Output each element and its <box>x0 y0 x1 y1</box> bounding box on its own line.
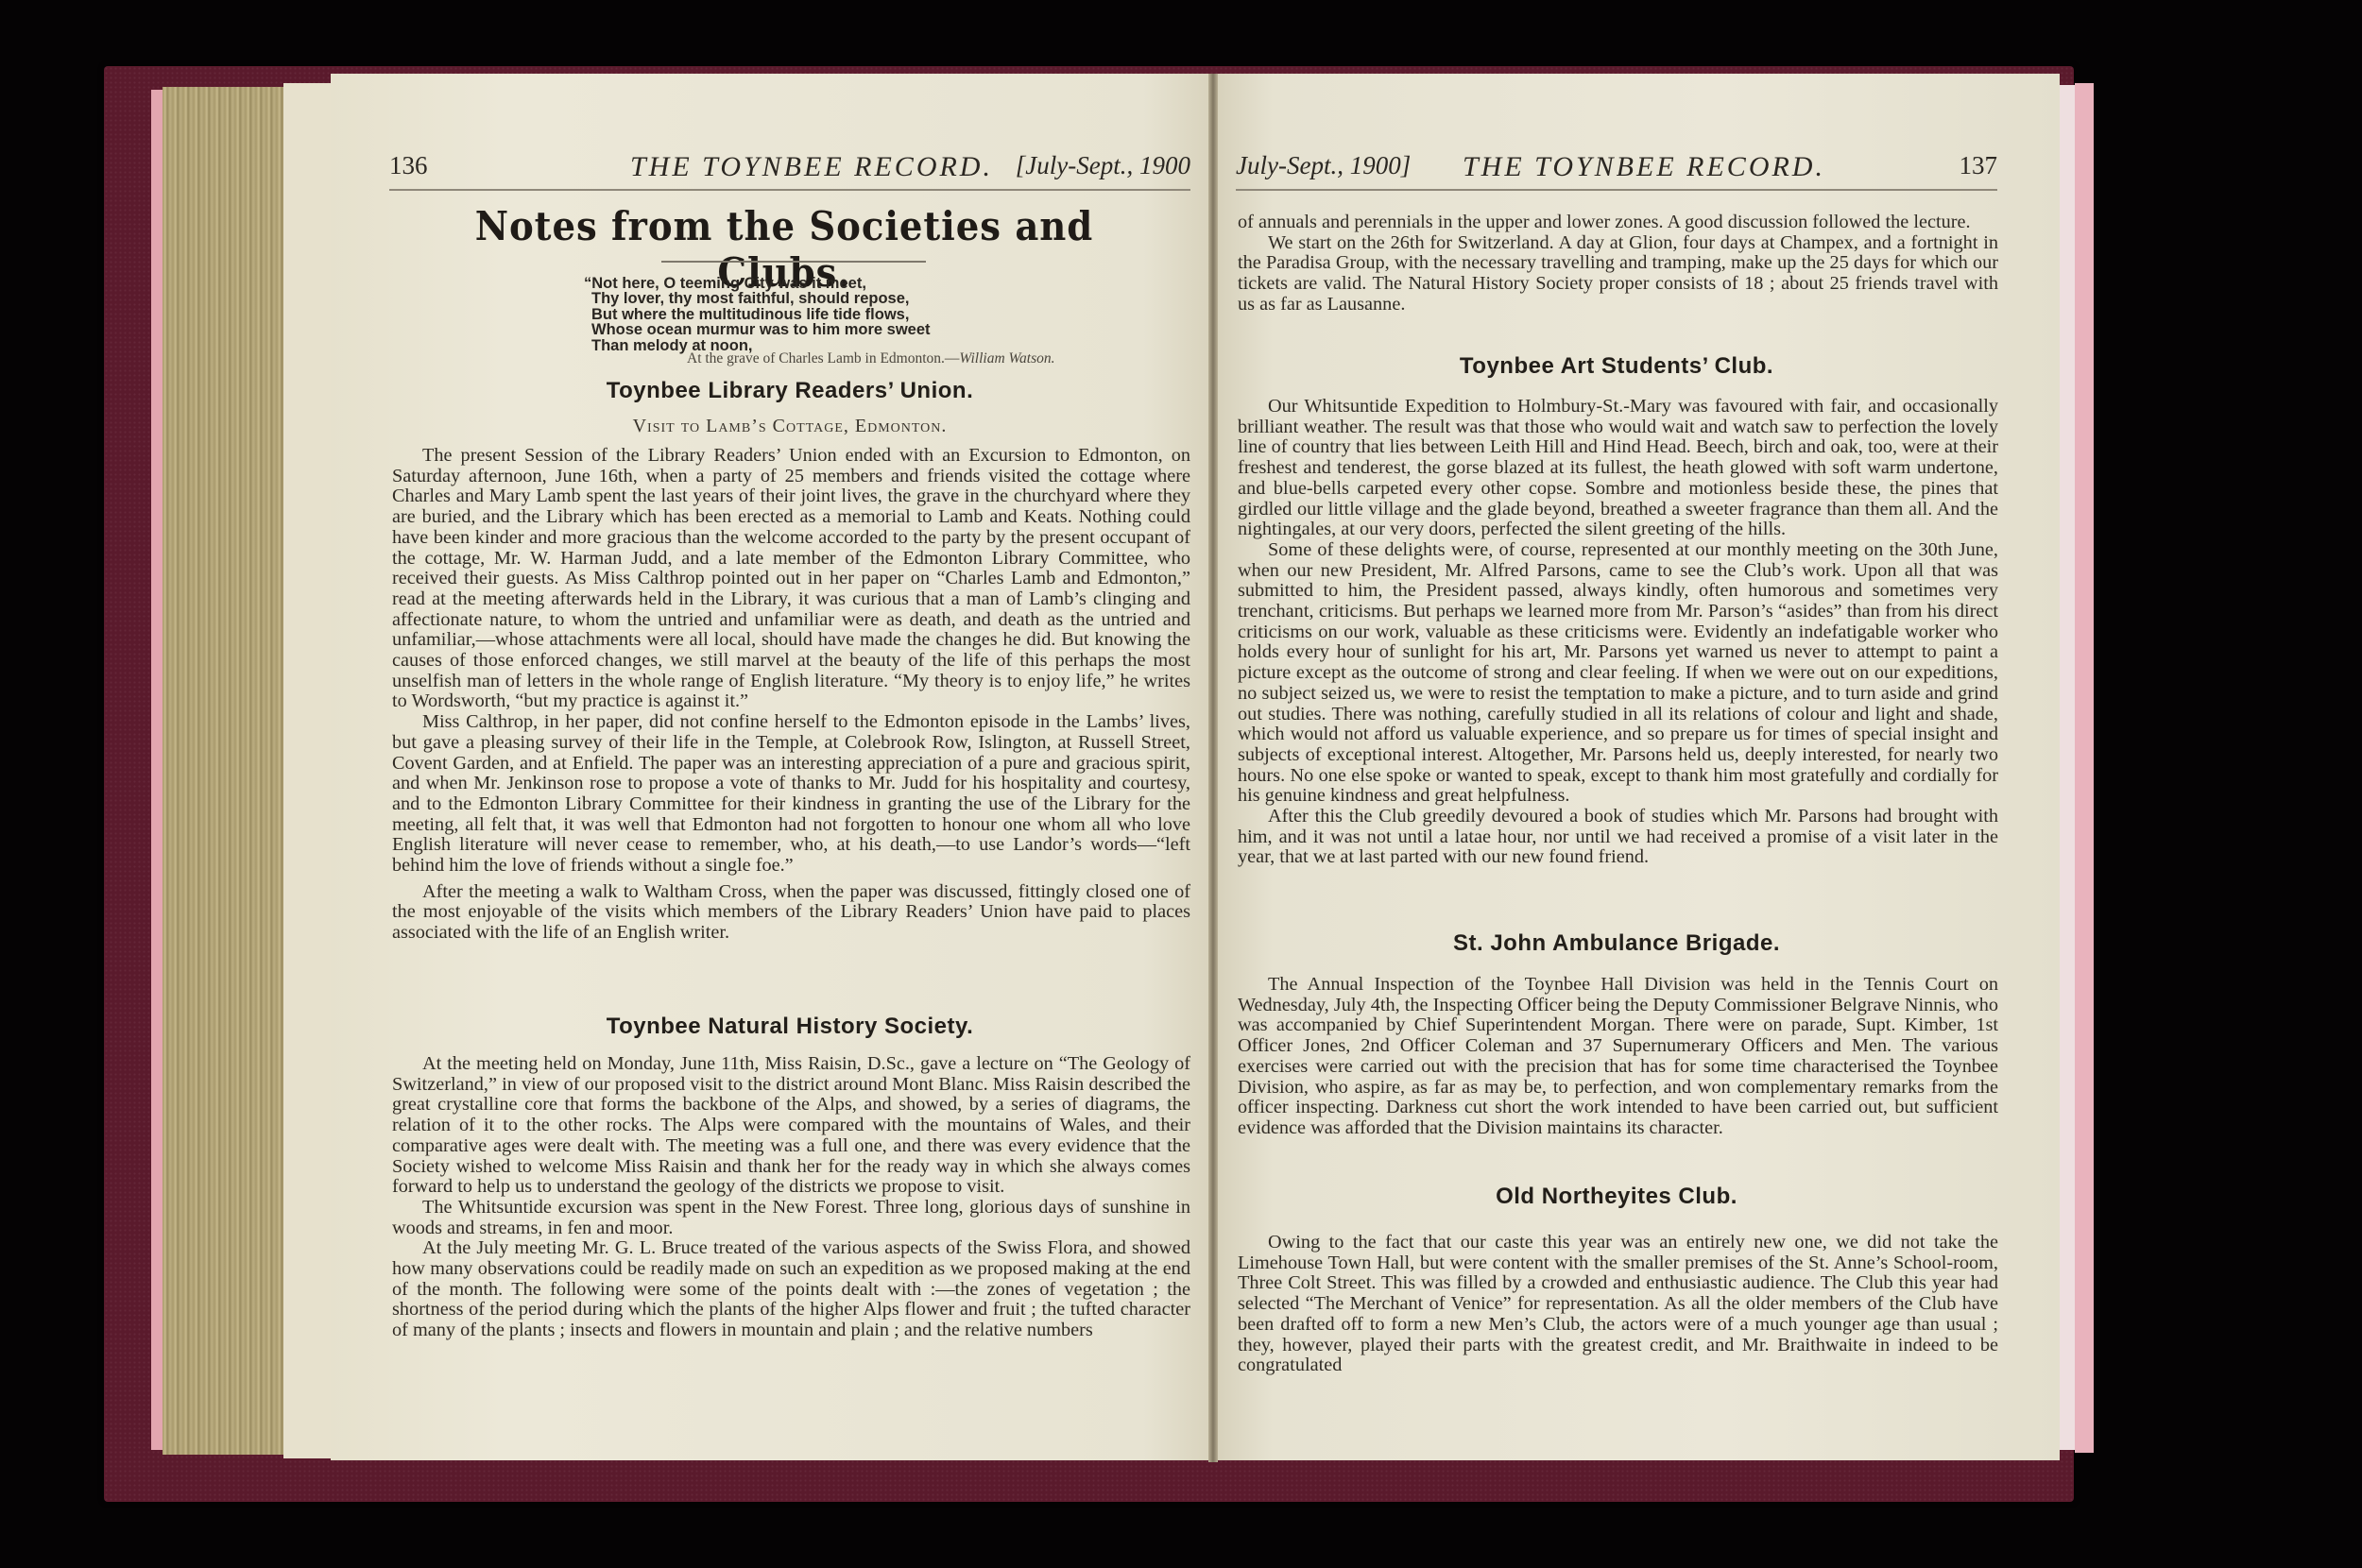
epigraph-line: But where the multitudinous life tide fl… <box>591 307 1170 322</box>
section-heading: Toynbee Art Students’ Club. <box>1236 353 1997 380</box>
header-rule <box>1236 189 1997 191</box>
title-rule <box>661 261 926 263</box>
left-running-head: 136 THE TOYNBEE RECORD. [July-Sept., 190… <box>389 151 1190 189</box>
section-body: Our Whitsuntide Expedition to Holmbury-S… <box>1238 397 1998 868</box>
section-body: The Annual Inspection of the Toynbee Hal… <box>1238 975 1998 1139</box>
paragraph: We start on the 26th for Switzerland. A … <box>1238 233 1998 315</box>
page-number: 136 <box>389 151 428 180</box>
paragraph: The Annual Inspection of the Toynbee Hal… <box>1238 975 1998 1139</box>
section-heading: St. John Ambulance Brigade. <box>1236 930 1997 957</box>
epigraph-line: Whose ocean murmur was to him more sweet <box>591 322 1170 337</box>
paragraph: The Whitsuntide excursion was spent in t… <box>392 1198 1190 1238</box>
attribution-place: At the grave of Charles Lamb in Edmonton… <box>687 350 959 366</box>
epigraph-line: Thy lover, thy most faithful, should rep… <box>591 291 1170 306</box>
page-number: 137 <box>1960 151 1998 180</box>
section-heading: Toynbee Library Readers’ Union. <box>389 378 1190 404</box>
epigraph-attribution: At the grave of Charles Lamb in Edmonton… <box>687 350 1054 367</box>
paragraph: of annuals and perennials in the upper a… <box>1238 213 1998 233</box>
gutter <box>1208 74 1218 1462</box>
right-running-head: July-Sept., 1900] THE TOYNBEE RECORD. 13… <box>1236 151 1997 189</box>
running-date: July-Sept., 1900] <box>1236 151 1411 180</box>
paragraph: After the meeting a walk to Waltham Cros… <box>392 882 1190 944</box>
running-date: [July-Sept., 1900 <box>1016 151 1190 180</box>
epigraph: “Not here, O teeming City was it meet, T… <box>584 276 1170 353</box>
paragraph: At the July meeting Mr. G. L. Bruce trea… <box>392 1238 1190 1341</box>
running-title: THE TOYNBEE RECORD. <box>630 151 993 183</box>
epigraph-line: “Not here, O teeming City was it meet, <box>584 276 1170 291</box>
paragraph: The present Session of the Library Reade… <box>392 446 1190 712</box>
section-heading: Old Northeyites Club. <box>1236 1184 1997 1210</box>
paragraph: Owing to the fact that our caste this ye… <box>1238 1233 1998 1376</box>
section-heading: Toynbee Natural History Society. <box>389 1014 1190 1040</box>
paragraph: Our Whitsuntide Expedition to Holmbury-S… <box>1238 397 1998 540</box>
paragraph: After this the Club greedily devoured a … <box>1238 807 1998 868</box>
flyleaf-right <box>2060 85 2075 1450</box>
section-body: The present Session of the Library Reade… <box>392 446 1190 944</box>
header-rule <box>389 189 1190 191</box>
page-edges <box>163 87 295 1455</box>
endpaper-right <box>2075 83 2094 1453</box>
paragraph: Some of these delights were, of course, … <box>1238 540 1998 807</box>
running-title: THE TOYNBEE RECORD. <box>1463 151 1825 183</box>
attribution-author: William Watson. <box>959 350 1054 366</box>
paragraph: Miss Calthrop, in her paper, did not con… <box>392 712 1190 877</box>
continuation-body: of annuals and perennials in the upper a… <box>1238 213 1998 315</box>
paragraph: At the meeting held on Monday, June 11th… <box>392 1054 1190 1198</box>
section-body: Owing to the fact that our caste this ye… <box>1238 1233 1998 1376</box>
section-body: At the meeting held on Monday, June 11th… <box>392 1054 1190 1341</box>
section-subheading: Visit to Lamb’s Cottage, Edmonton. <box>389 416 1190 437</box>
